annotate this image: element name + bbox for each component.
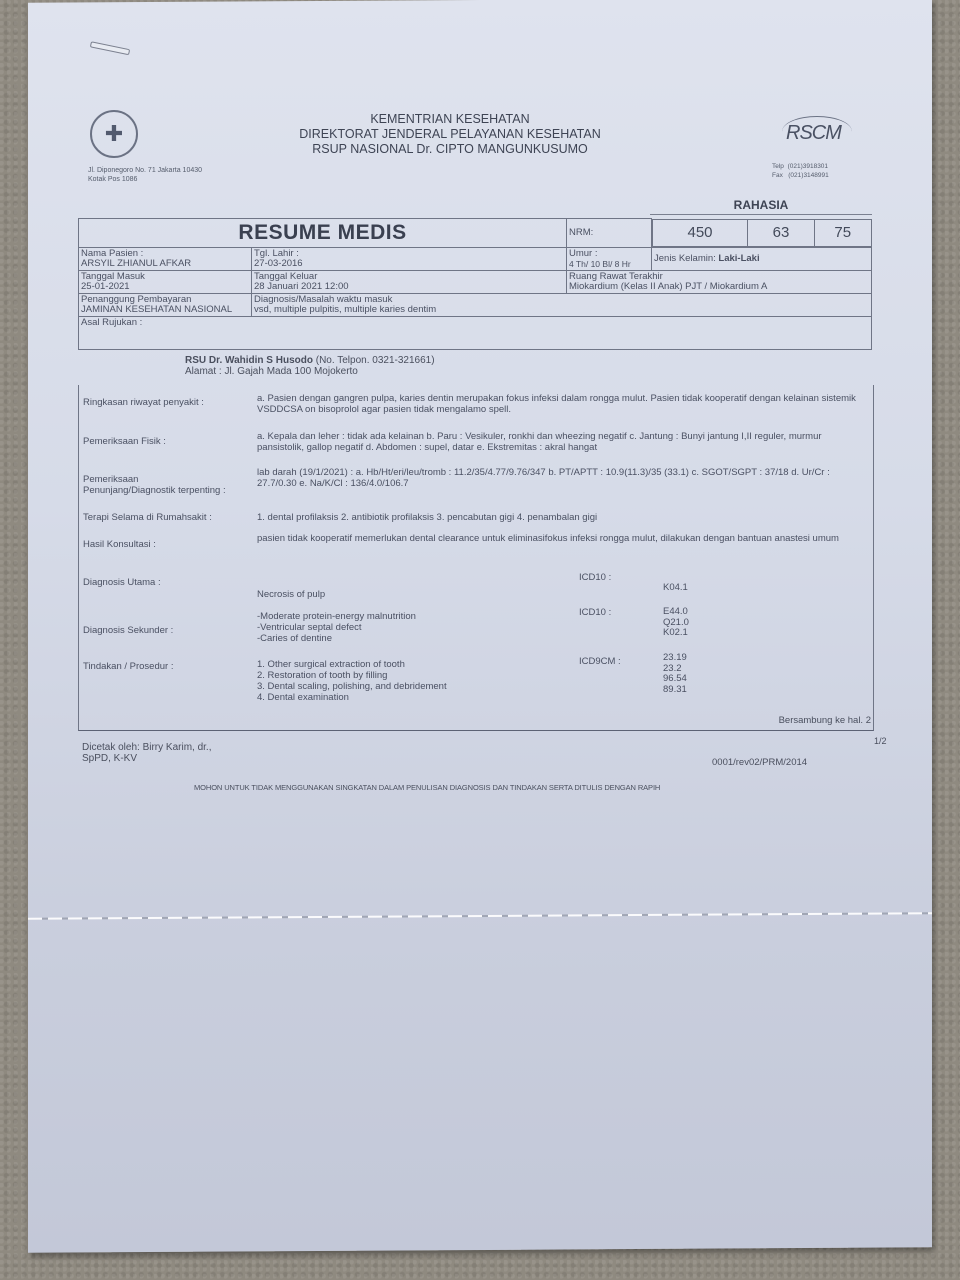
procedure-row: Tindakan / Prosedur : 1. Other surgical … (83, 653, 867, 708)
patient-sex: Laki-Laki (718, 253, 759, 264)
main-diagnosis: Necrosis of pulp (257, 589, 867, 600)
page-number: 1/2 (874, 736, 887, 746)
nrm-part-3: 75 (815, 219, 872, 246)
physical-exam-text: a. Kepala dan leher : tidak ada kelainan… (257, 431, 867, 453)
secondary-diagnosis-item: -Ventricular septal defect (257, 622, 867, 633)
nrm-part-1: 450 (653, 219, 748, 246)
printed-by: Dicetak oleh: Birry Karim, dr., SpPD, K-… (82, 742, 211, 764)
referral-phone: (No. Telpon. 0321-321661) (316, 355, 435, 366)
nrm-label: NRM: (567, 219, 652, 248)
procedure-icd-code: 23.19 (663, 653, 687, 664)
document-title: RESUME MEDIS (79, 219, 567, 248)
patient-info-table: RESUME MEDIS NRM: 450 63 75 Nama Pasien … (78, 218, 872, 350)
fold-crease (28, 912, 932, 920)
therapy-text: 1. dental profilaksis 2. antibiotik prof… (257, 512, 867, 523)
patient-dob: 27-03-2016 (254, 259, 564, 269)
dob-cell: Tgl. Lahir : 27-03-2016 (252, 248, 567, 271)
referral-info: RSU Dr. Wahidin S Husodo (No. Telpon. 03… (185, 355, 435, 377)
referral-address: Alamat : Jl. Gajah Mada 100 Mojokerto (185, 366, 435, 377)
patient-name-cell: Nama Pasien : ARSYIL ZHIANUL AFKAR (79, 248, 252, 271)
nrm-part-2: 63 (748, 219, 815, 246)
consult-text: pasien tidak kooperatif memerlukan denta… (257, 533, 867, 544)
referral-hospital: RSU Dr. Wahidin S Husodo (185, 355, 313, 366)
age-cell: Umur : 4 Th/ 10 Bl/ 8 Hr (567, 248, 652, 271)
procedure-icd-code: 89.31 (663, 685, 687, 696)
secondary-icd-code: K02.1 (663, 628, 689, 639)
clinical-summary: Ringkasan riwayat penyakit : a. Pasien d… (78, 385, 874, 731)
continued-note: Bersambung ke hal. 2 (779, 715, 871, 726)
procedure-item: 3. Dental scaling, polishing, and debrid… (257, 681, 867, 692)
payer: JAMINAN KESEHATAN NASIONAL (81, 305, 249, 315)
last-ward: Miokardium (Kelas II Anak) PJT / Miokard… (569, 282, 869, 292)
history-text: a. Pasien dengan gangren pulpa, karies d… (257, 393, 867, 415)
staple-icon (90, 41, 130, 55)
procedure-item: 4. Dental examination (257, 692, 867, 703)
sex-cell: Jenis Kelamin: Laki-Laki (652, 248, 872, 271)
discharge-date-cell: Tanggal Keluar 28 Januari 2021 12:00 (252, 271, 567, 294)
main-diagnosis-row: Diagnosis Utama : Necrosis of pulp ICD10… (83, 571, 867, 601)
secondary-icd-code: E44.0 (663, 607, 689, 618)
discharge-date: 28 Januari 2021 12:00 (254, 282, 564, 292)
admit-diagnosis: vsd, multiple pulpitis, multiple karies … (254, 305, 869, 315)
form-code: 0001/rev02/PRM/2014 (712, 757, 807, 768)
patient-age: 4 Th/ 10 Bl/ 8 Hr (569, 259, 649, 269)
admit-date: 25-01-2021 (81, 282, 249, 292)
procedure-item: 1. Other surgical extraction of tooth (257, 659, 867, 670)
rscm-logo: RSCM (786, 122, 841, 145)
referral-cell: Asal Rujukan : (79, 317, 872, 350)
secondary-diagnosis-item: -Moderate protein-energy malnutrition (257, 611, 867, 622)
hospital-address: Jl. Diponegoro No. 71 Jakarta 10430 Kota… (88, 166, 202, 184)
procedure-item: 2. Restoration of tooth by filling (257, 670, 867, 681)
hospital-contact: Telp (021)3918301 Fax (021)3148991 (772, 162, 829, 180)
last-ward-cell: Ruang Rawat Terakhir Miokardium (Kelas I… (567, 271, 872, 294)
patient-name: ARSYIL ZHIANUL AFKAR (81, 259, 249, 269)
confidential-label: RAHASIA (650, 198, 872, 215)
main-icd-code: K04.1 (663, 583, 688, 594)
secondary-diagnosis-item: -Caries of dentine (257, 633, 867, 644)
admit-date-cell: Tanggal Masuk 25-01-2021 (79, 271, 252, 294)
payer-cell: Penanggung Pembayaran JAMINAN KESEHATAN … (79, 294, 252, 317)
secondary-diagnosis-row: Diagnosis Sekunder : -Moderate protein-e… (83, 607, 867, 647)
procedure-icd-code: 96.54 (663, 674, 687, 685)
admit-diagnosis-cell: Diagnosis/Masalah waktu masuk vsd, multi… (252, 294, 872, 317)
labs-text: lab darah (19/1/2021) : a. Hb/Ht/eri/leu… (257, 467, 867, 489)
writing-notice: MOHON UNTUK TIDAK MENGGUNAKAN SINGKATAN … (194, 783, 660, 792)
